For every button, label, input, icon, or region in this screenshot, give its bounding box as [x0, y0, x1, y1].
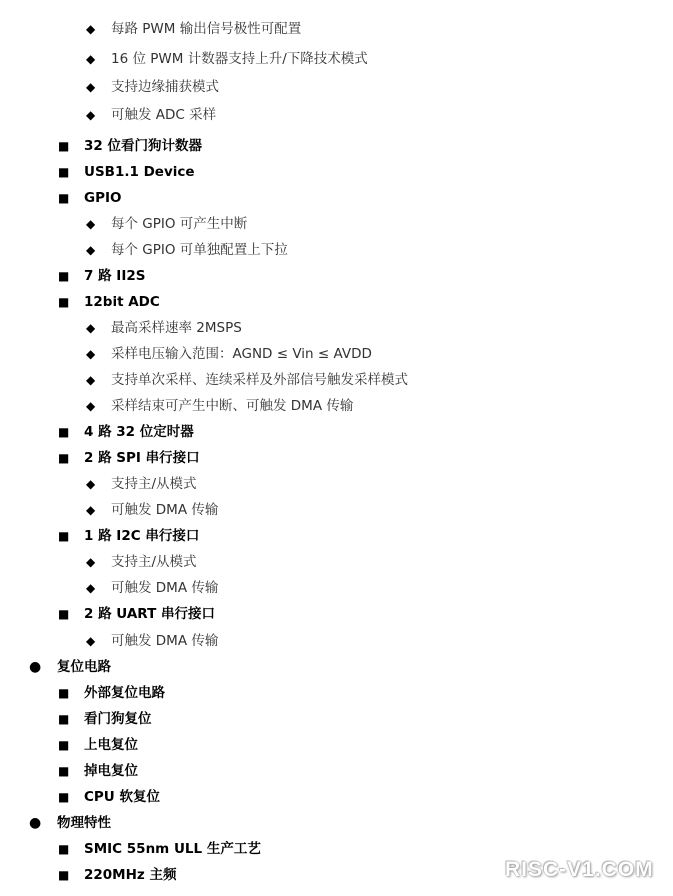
bullet-diamond-icon: ◆	[86, 499, 95, 521]
list-item-text: CPU 软复位	[84, 786, 160, 808]
list-item-text: 复位电路	[57, 656, 111, 678]
list-item-text: 支持主/从模式	[111, 551, 197, 573]
bullet-square-icon: ■	[58, 161, 69, 183]
bullet-square-icon: ■	[58, 864, 69, 886]
list-item-text: 16 位 PWM 计数器支持上升/下降技术模式	[111, 48, 368, 70]
bullet-diamond-icon: ◆	[86, 551, 95, 573]
bullet-diamond-icon: ◆	[86, 473, 95, 495]
bullet-square-icon: ■	[58, 603, 69, 625]
bullet-diamond-icon: ◆	[86, 630, 95, 652]
bullet-diamond-icon: ◆	[86, 213, 95, 235]
list-item-text: 2 路 UART 串行接口	[84, 603, 215, 625]
bullet-square-icon: ■	[58, 291, 69, 313]
bullet-square-icon: ■	[58, 525, 69, 547]
list-item-text: 掉电复位	[84, 760, 138, 782]
list-item-text: 可触发 DMA 传输	[111, 577, 218, 599]
list-item-text: 采样电压输入范围：AGND ≤ Vin ≤ AVDD	[111, 343, 372, 365]
watermark: RISC-V1.COM	[505, 858, 654, 882]
bullet-diamond-icon: ◆	[86, 104, 95, 126]
bullet-diamond-icon: ◆	[86, 343, 95, 365]
list-item-text: 看门狗复位	[84, 708, 152, 730]
bullet-square-icon: ■	[58, 838, 69, 860]
list-item-text: 每路 PWM 输出信号极性可配置	[111, 18, 301, 40]
list-item-text: 上电复位	[84, 734, 138, 756]
bullet-square-icon: ■	[58, 786, 69, 808]
bullet-diamond-icon: ◆	[86, 76, 95, 98]
list-item-text: 每个 GPIO 可单独配置上下拉	[111, 239, 288, 261]
bullet-square-icon: ■	[58, 760, 69, 782]
list-item-text: USB1.1 Device	[84, 161, 195, 183]
list-item-text: 可触发 DMA 传输	[111, 630, 218, 652]
bullet-diamond-icon: ◆	[86, 317, 95, 339]
list-item-text: 支持主/从模式	[111, 473, 197, 495]
bullet-diamond-icon: ◆	[86, 239, 95, 261]
bullet-square-icon: ■	[58, 135, 69, 157]
list-item-text: 可触发 DMA 传输	[111, 499, 218, 521]
list-item-text: 采样结束可产生中断、可触发 DMA 传输	[111, 395, 353, 417]
list-item-text: 物理特性	[57, 812, 111, 834]
list-item-text: 2 路 SPI 串行接口	[84, 447, 200, 469]
list-item-text: 支持单次采样、连续采样及外部信号触发采样模式	[111, 369, 408, 391]
bullet-square-icon: ■	[58, 447, 69, 469]
list-item-text: 每个 GPIO 可产生中断	[111, 213, 247, 235]
list-item-text: 4 路 32 位定时器	[84, 421, 194, 443]
bullet-square-icon: ■	[58, 265, 69, 287]
bullet-diamond-icon: ◆	[86, 48, 95, 70]
bullet-diamond-icon: ◆	[86, 18, 95, 40]
bullet-circle-icon: ●	[29, 812, 41, 834]
list-item-text: 最高采样速率 2MSPS	[111, 317, 242, 339]
list-item-text: 1 路 I2C 串行接口	[84, 525, 199, 547]
bullet-square-icon: ■	[58, 734, 69, 756]
list-item-text: 外部复位电路	[84, 682, 165, 704]
list-item-text: 支持边缘捕获模式	[111, 76, 219, 98]
list-item-text: 12bit ADC	[84, 291, 160, 313]
bullet-square-icon: ■	[58, 708, 69, 730]
bullet-square-icon: ■	[58, 421, 69, 443]
bullet-diamond-icon: ◆	[86, 395, 95, 417]
list-item-text: 32 位看门狗计数器	[84, 135, 202, 157]
list-item-text: 220MHz 主频	[84, 864, 176, 886]
list-item-text: 可触发 ADC 采样	[111, 104, 216, 126]
bullet-diamond-icon: ◆	[86, 369, 95, 391]
list-item-text: 7 路 II2S	[84, 265, 145, 287]
bullet-circle-icon: ●	[29, 656, 41, 678]
bullet-diamond-icon: ◆	[86, 577, 95, 599]
bullet-square-icon: ■	[58, 682, 69, 704]
list-item-text: SMIC 55nm ULL 生产工艺	[84, 838, 261, 860]
list-item-text: GPIO	[84, 187, 121, 209]
bullet-square-icon: ■	[58, 187, 69, 209]
